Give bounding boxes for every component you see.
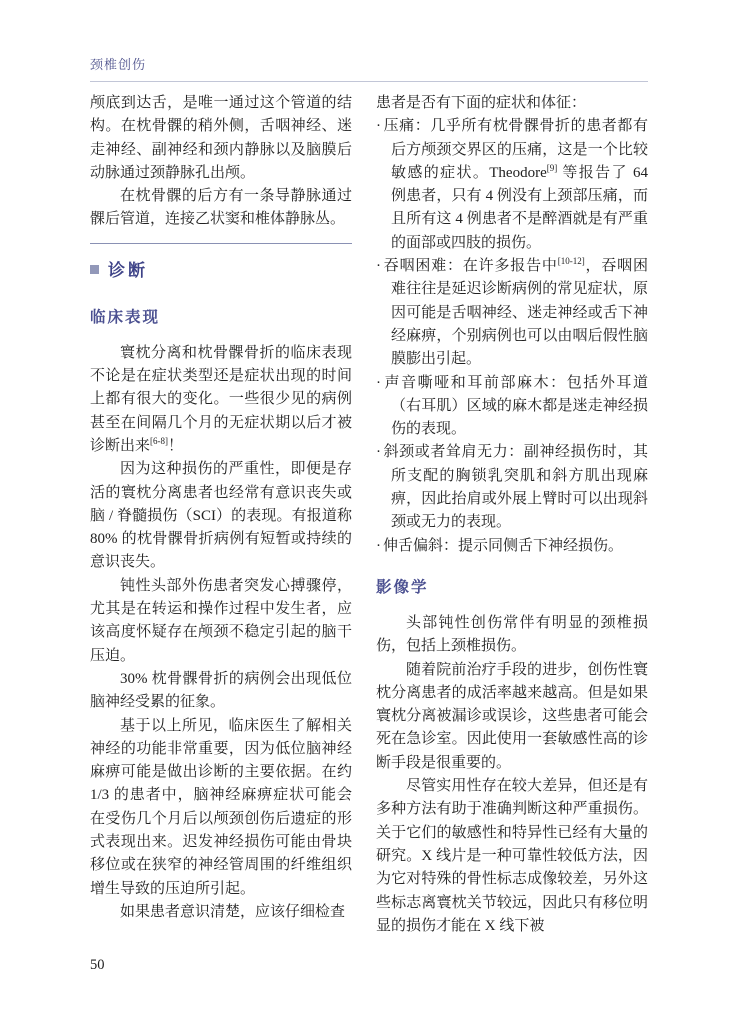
bullet-dot-icon: ·	[376, 118, 381, 134]
paragraph: 头部钝性创伤常伴有明显的颈椎损伤，包括上颈椎损伤。	[376, 612, 648, 659]
bullet-dot-icon: ·	[376, 258, 381, 274]
reference-superscript: [6-8]	[150, 436, 168, 446]
paragraph: 因为这种损伤的严重性，即便是存活的寰枕分离患者也经常有意识丧失或脑 / 脊髓损伤…	[90, 458, 352, 574]
square-bullet-icon	[90, 265, 99, 274]
list-item: ·斜颈或者耸肩无力：副神经损伤时，其所支配的胸锁乳突肌和斜方肌出现麻痹，因此抬肩…	[376, 441, 648, 534]
paragraph: 随着院前治疗手段的进步，创伤性寰枕分离患者的成活率越来越高。但是如果寰枕分离被漏…	[376, 659, 648, 775]
paragraph: 钝性头部外伤患者突发心搏骤停，尤其是在转运和操作过程中发生者，应该高度怀疑存在颅…	[90, 575, 352, 668]
paragraph: 尽管实用性存在较大差异，但还是有多种方法有助于准确判断这种严重损伤。关于它们的敏…	[376, 775, 648, 938]
subsection-imaging: 影像学	[376, 575, 648, 597]
right-column: 患者是否有下面的症状和体征： ·压痛：几乎所有枕骨髁骨折的患者都有后方颅颈交界区…	[376, 92, 648, 938]
paragraph-text: ！	[168, 438, 183, 454]
two-column-body: 颅底到达舌，是唯一通过这个管道的结构。在枕骨髁的稍外侧，舌咽神经、迷走神经、副神…	[90, 92, 648, 938]
list-item-text: 吞咽困难：在许多报告中	[383, 258, 558, 274]
list-item: ·压痛：几乎所有枕骨髁骨折的患者都有后方颅颈交界区的压痛，这是一个比较敏感的症状…	[376, 115, 648, 255]
reference-superscript: [9]	[547, 163, 558, 173]
running-header-title: 颈椎创伤	[90, 57, 146, 72]
list-item: ·吞咽困难：在许多报告中[10-12]，吞咽困难往往是延迟诊断病例的常见症状，原…	[376, 255, 648, 371]
list-item: ·声音嘶哑和耳前部麻木：包括外耳道（右耳肌）区域的麻木都是迷走神经损伤的表现。	[376, 372, 648, 442]
section-title: 诊断	[108, 261, 148, 280]
bullet-dot-icon: ·	[376, 375, 381, 391]
paragraph: 患者是否有下面的症状和体征：	[376, 92, 648, 115]
running-header: 颈椎创伤	[90, 54, 648, 82]
bullet-dot-icon: ·	[376, 538, 381, 554]
paragraph: 基于以上所见，临床医生了解相关神经的功能非常重要，因为低位脑神经麻痹可能是做出诊…	[90, 715, 352, 901]
symptom-bullet-list: ·压痛：几乎所有枕骨髁骨折的患者都有后方颅颈交界区的压痛，这是一个比较敏感的症状…	[376, 115, 648, 558]
paragraph: 颅底到达舌，是唯一通过这个管道的结构。在枕骨髁的稍外侧，舌咽神经、迷走神经、副神…	[90, 92, 352, 185]
list-item-text: ，吞咽困难往往是延迟诊断病例的常见症状，原因可能是舌咽神经、迷走神经或舌下神经麻…	[391, 258, 648, 367]
paragraph-text: 寰枕分离和枕骨髁骨折的临床表现不论是在症状类型还是症状出现的时间上都有很大的变化…	[90, 345, 352, 454]
paragraph: 30% 枕骨髁骨折的病例会出现低位脑神经受累的征象。	[90, 668, 352, 715]
list-item-text: 斜颈或者耸肩无力：副神经损伤时，其所支配的胸锁乳突肌和斜方肌出现麻痹，因此抬肩或…	[383, 444, 648, 530]
paragraph: 在枕骨髁的后方有一条导静脉通过髁后管道，连接乙状窦和椎体静脉丛。	[90, 185, 352, 232]
section-heading-diagnosis: 诊断	[90, 243, 352, 281]
list-item: ·伸舌偏斜：提示同侧舌下神经损伤。	[376, 535, 648, 558]
paragraph: 寰枕分离和枕骨髁骨折的临床表现不论是在症状类型还是症状出现的时间上都有很大的变化…	[90, 342, 352, 458]
subsection-clinical-manifestations: 临床表现	[90, 305, 352, 327]
paragraph: 如果患者意识清楚，应该仔细检查	[90, 901, 352, 924]
left-column: 颅底到达舌，是唯一通过这个管道的结构。在枕骨髁的稍外侧，舌咽神经、迷走神经、副神…	[90, 92, 352, 938]
reference-superscript: [10-12]	[558, 256, 585, 266]
list-item-text: 伸舌偏斜：提示同侧舌下神经损伤。	[383, 538, 623, 554]
list-item-text: 声音嘶哑和耳前部麻木：包括外耳道（右耳肌）区域的麻木都是迷走神经损伤的表现。	[383, 375, 648, 438]
page-number: 50	[90, 957, 105, 974]
bullet-dot-icon: ·	[376, 444, 381, 460]
book-page: 颈椎创伤 颅底到达舌，是唯一通过这个管道的结构。在枕骨髁的稍外侧，舌咽神经、迷走…	[0, 0, 730, 1026]
